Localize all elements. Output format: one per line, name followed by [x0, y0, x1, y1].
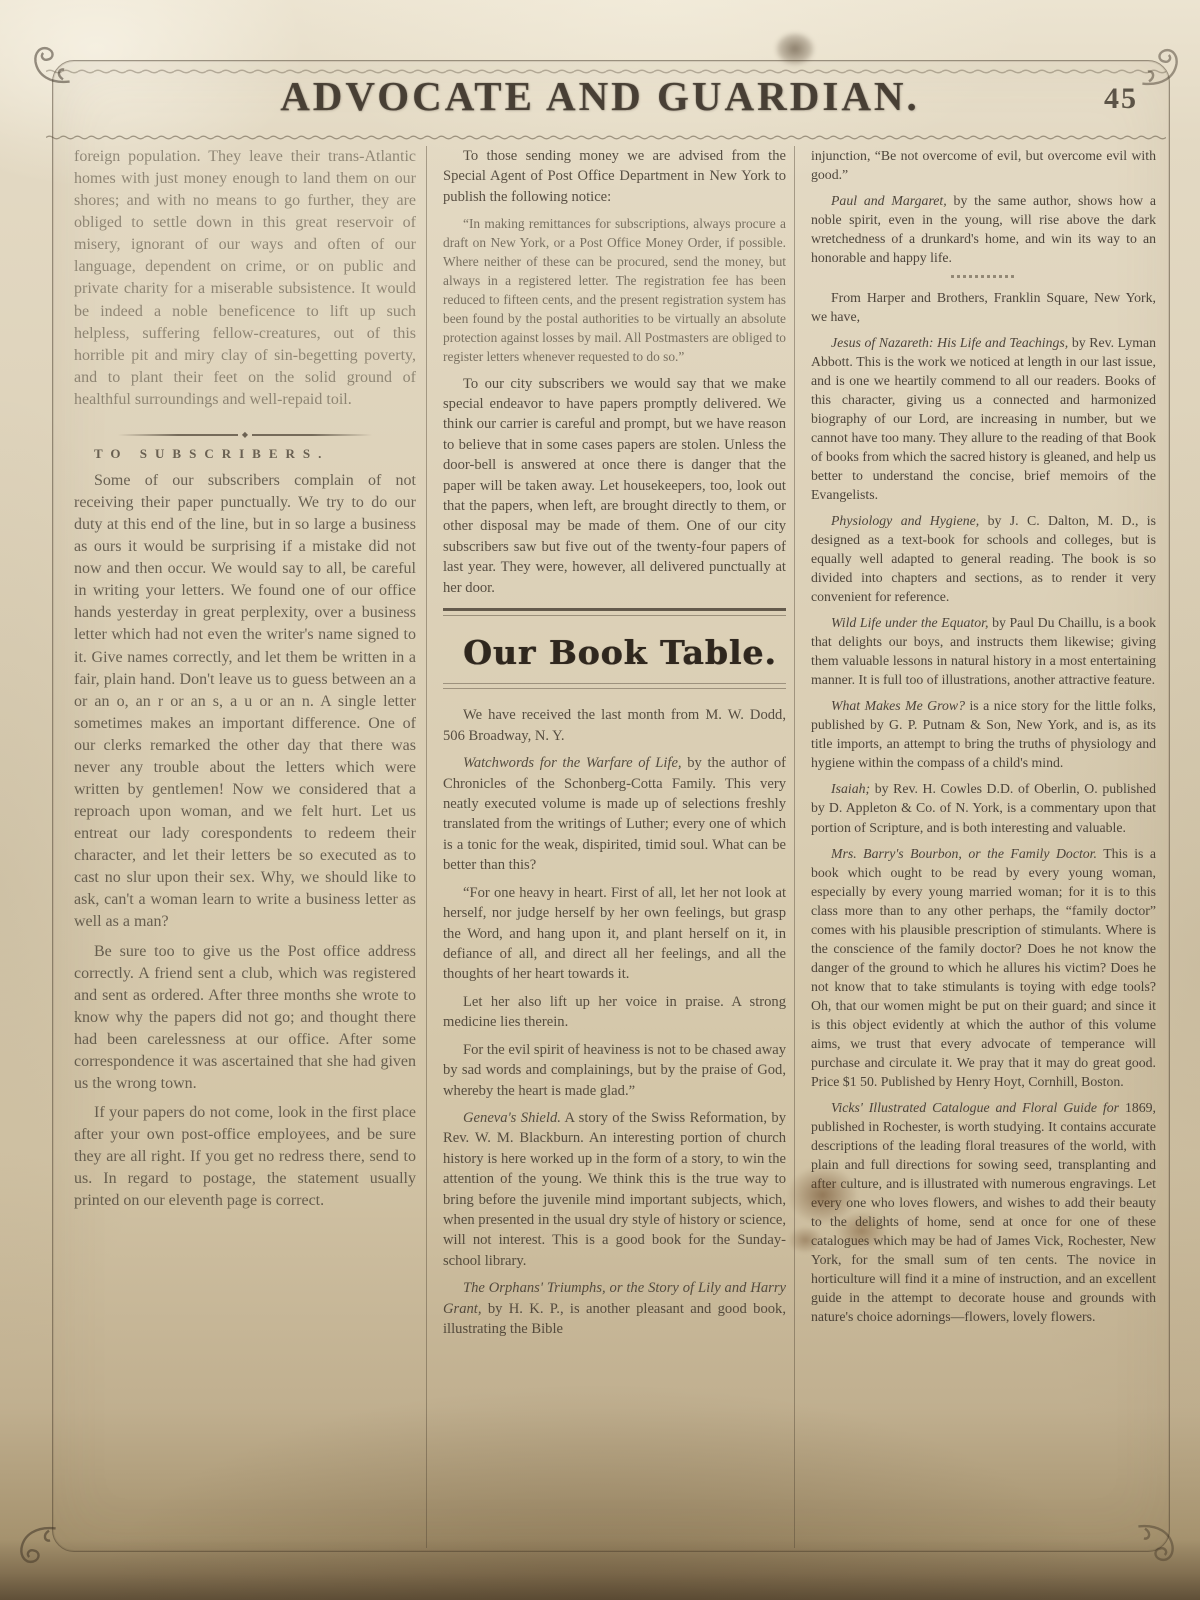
paragraph: Some of our subscribers complain of not …	[74, 470, 416, 934]
book-review: What Makes Me Grow? is a nice story for …	[811, 696, 1156, 772]
page-number: 45	[1104, 82, 1138, 116]
paragraph: From Harper and Brothers, Franklin Squar…	[811, 288, 1156, 326]
book-review: Physiology and Hygiene, by J. C. Dalton,…	[811, 511, 1156, 606]
top-border-rule	[46, 62, 1166, 69]
paragraph: If your papers do not come, look in the …	[74, 1102, 416, 1212]
paragraph: foreign population. They leave their tra…	[74, 146, 416, 411]
book-title: Isaiah;	[831, 781, 870, 796]
book-review: Paul and Margaret, by the same author, s…	[811, 191, 1156, 267]
small-divider-ornament	[951, 275, 1017, 278]
book-review: Mrs. Barry's Bourbon, or the Family Doct…	[811, 844, 1156, 1091]
book-review: The Orphans' Triumphs, or the Story of L…	[443, 1278, 786, 1339]
diamond-ornament-icon: ◆	[238, 431, 252, 439]
column-middle: To those sending money we are advised fr…	[426, 146, 794, 1548]
book-review: Isaiah; by Rev. H. Cowles D.D. of Oberli…	[811, 779, 1156, 836]
review-text: by H. K. P., is another pleasant and goo…	[443, 1301, 786, 1337]
book-title: Paul and Margaret,	[831, 193, 947, 208]
column-left: foreign population. They leave their tra…	[74, 146, 426, 1548]
section-divider-ornament: ◆	[74, 431, 416, 439]
book-title: Vicks' Illustrated Catalogue and Floral …	[831, 1100, 1119, 1115]
photo-edge-shadow	[0, 1540, 1200, 1600]
book-title: What Makes Me Grow?	[831, 698, 965, 713]
review-text: by Rev. Lyman Abbott. This is the work w…	[811, 335, 1156, 502]
quote-paragraph: Let her also lift up her voice in praise…	[443, 992, 786, 1033]
book-title: Wild Life under the Equator,	[831, 615, 988, 630]
book-title: Physiology and Hygiene,	[831, 513, 979, 528]
review-text: by the author of Chronicles of the Schon…	[443, 755, 786, 873]
paragraph: Be sure too to give us the Post office a…	[74, 941, 416, 1096]
book-review: Wild Life under the Equator, by Paul Du …	[811, 613, 1156, 689]
article-columns: foreign population. They leave their tra…	[74, 146, 1160, 1548]
paragraph: We have received the last month from M. …	[443, 705, 786, 746]
review-text: This is a book which ought to be read by…	[811, 846, 1156, 1089]
paragraph: injunction, “Be not overcome of evil, bu…	[811, 146, 1156, 184]
masthead-wavy-rule	[46, 128, 1166, 135]
paragraph: To our city subscribers we would say tha…	[443, 374, 786, 599]
brown-stain	[768, 1138, 938, 1288]
quote-paragraph: For the evil spirit of heaviness is not …	[443, 1040, 786, 1101]
review-text: A story of the Swiss Reformation, by Rev…	[443, 1110, 786, 1269]
page-title: ADVOCATE AND GUARDIAN.	[0, 72, 1200, 120]
book-title: Mrs. Barry's Bourbon, or the Family Doct…	[831, 846, 1097, 861]
post-office-notice: “In making remittances for subscriptions…	[443, 214, 786, 366]
book-review: Jesus of Nazareth: His Life and Teaching…	[811, 333, 1156, 504]
heavy-double-rule	[443, 608, 786, 616]
quote-paragraph: “For one heavy in heart. First of all, l…	[443, 883, 786, 985]
column-right: injunction, “Be not overcome of evil, bu…	[794, 146, 1160, 1548]
book-title: Jesus of Nazareth: His Life and Teaching…	[831, 335, 1068, 350]
section-heading-to-subscribers: TO SUBSCRIBERS.	[74, 445, 416, 463]
thin-double-rule	[443, 683, 786, 689]
scanned-newspaper-page: ADVOCATE AND GUARDIAN. 45 foreign popula…	[0, 0, 1200, 1600]
book-review: Geneva's Shield. A story of the Swiss Re…	[443, 1108, 786, 1271]
book-title: Geneva's Shield.	[463, 1110, 561, 1126]
paragraph: To those sending money we are advised fr…	[443, 146, 786, 207]
section-heading-our-book-table: Our Book Table.	[443, 630, 786, 676]
book-title: Watchwords for the Warfare of Life,	[463, 755, 682, 771]
ink-stain	[766, 24, 824, 76]
book-review: Watchwords for the Warfare of Life, by t…	[443, 753, 786, 876]
